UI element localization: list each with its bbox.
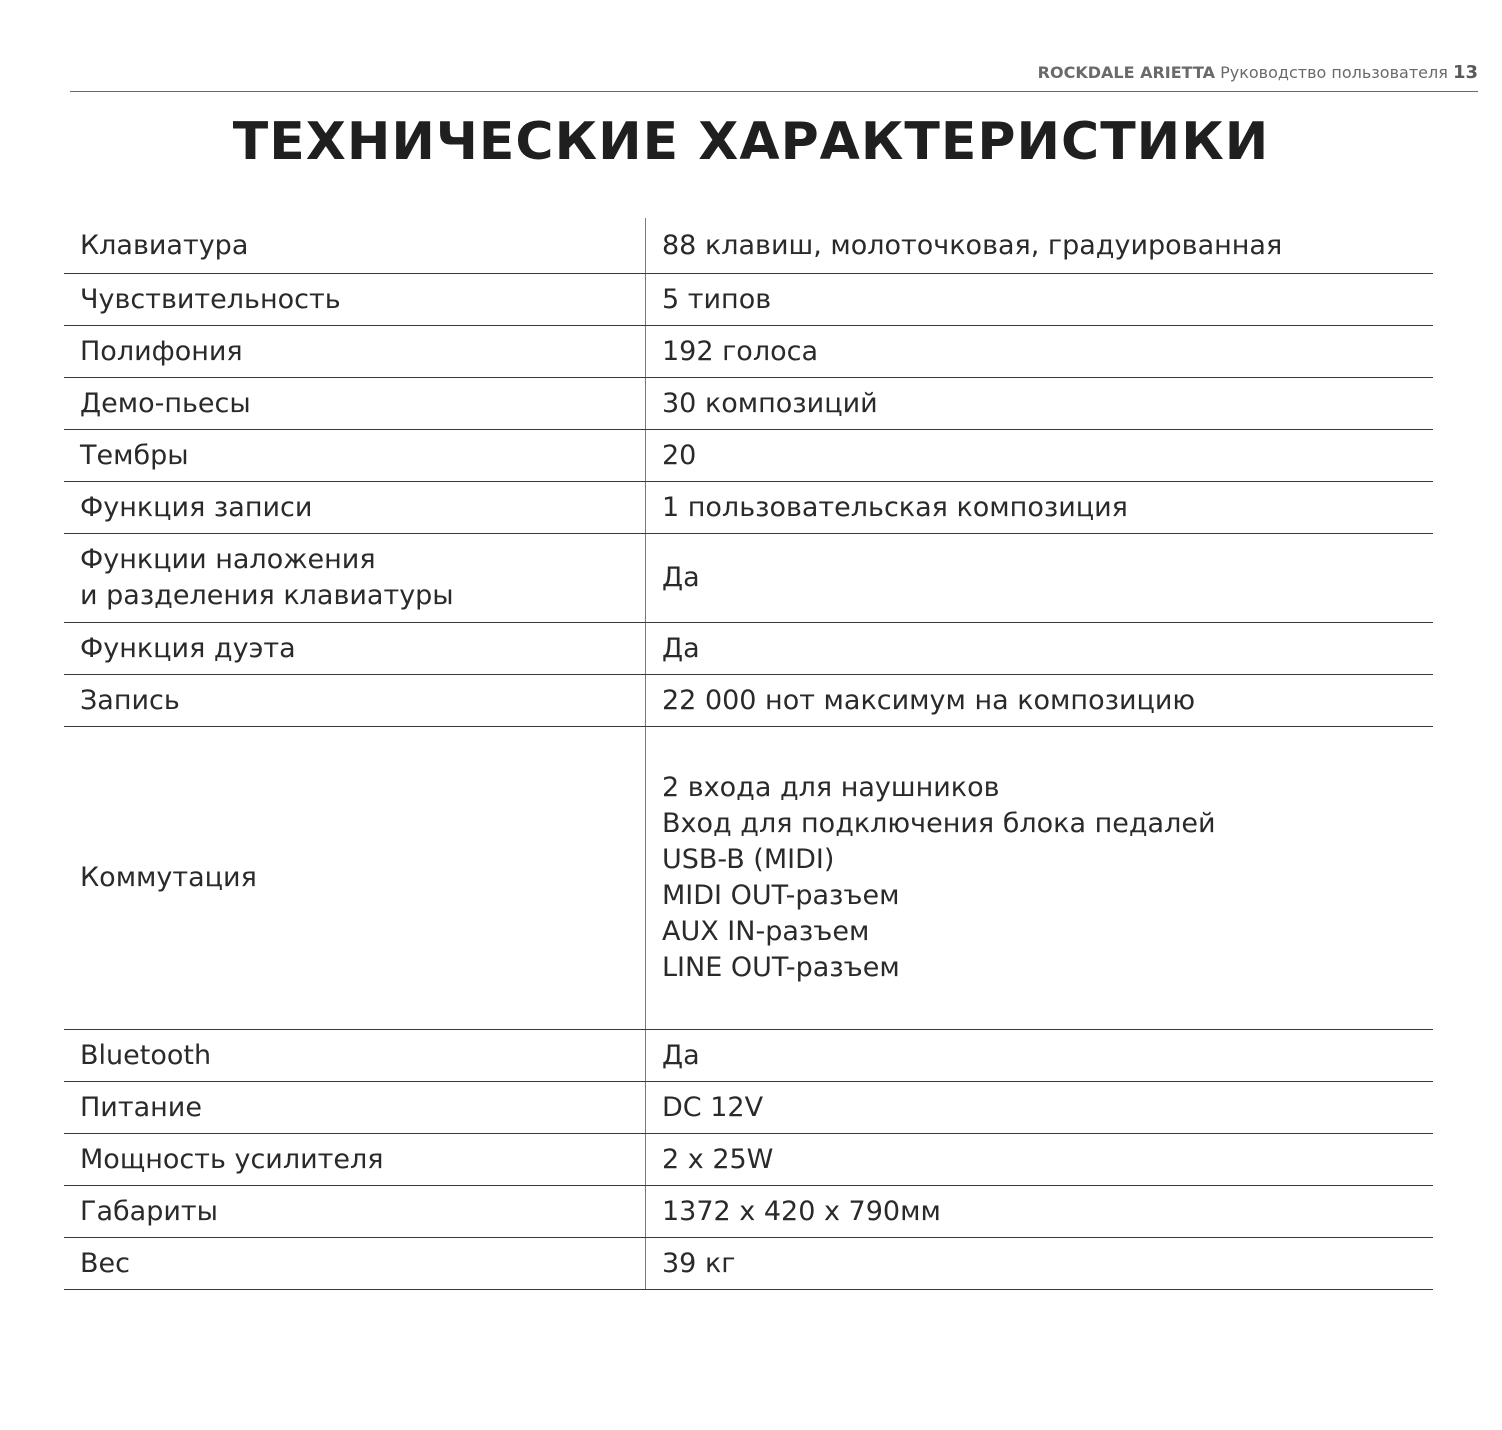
page-title: ТЕХНИЧЕСКИЕ ХАРАКТЕРИСТИКИ <box>0 112 1502 172</box>
manual-subtitle: Руководство пользователя <box>1220 63 1448 82</box>
spec-label: Демо-пьесы <box>64 378 646 430</box>
brand-name: ROCKDALE ARIETTA <box>1038 63 1215 82</box>
spec-value: 5 типов <box>646 274 1434 326</box>
spec-value: 20 <box>646 430 1434 482</box>
spec-value: 1372 x 420 x 790мм <box>646 1186 1434 1238</box>
spec-value: 30 композиций <box>646 378 1434 430</box>
spec-label: Вес <box>64 1238 646 1290</box>
spec-row: Функции наложенияи разделения клавиатуры… <box>64 534 1433 623</box>
spec-row: Вес39 кг <box>64 1238 1433 1290</box>
running-header: ROCKDALE ARIETTA Руководство пользовател… <box>70 62 1478 92</box>
spec-row: Тембры20 <box>64 430 1433 482</box>
spec-value: 2 входа для наушниковВход для подключени… <box>646 727 1434 1030</box>
spec-label: Габариты <box>64 1186 646 1238</box>
spec-table: Клавиатура88 клавиш, молоточковая, граду… <box>64 218 1433 1290</box>
spec-label: Тембры <box>64 430 646 482</box>
spec-value: 1 пользовательская композиция <box>646 482 1434 534</box>
spec-row: Клавиатура88 клавиш, молоточковая, граду… <box>64 218 1433 274</box>
spec-value: Да <box>646 623 1434 675</box>
spec-row: Демо-пьесы30 композиций <box>64 378 1433 430</box>
spec-row: Мощность усилителя2 x 25W <box>64 1134 1433 1186</box>
spec-value: 2 x 25W <box>646 1134 1434 1186</box>
page-number: 13 <box>1453 62 1478 83</box>
spec-value: 192 голоса <box>646 326 1434 378</box>
spec-value: 88 клавиш, молоточковая, градуированная <box>646 218 1434 274</box>
spec-label: Bluetooth <box>64 1030 646 1082</box>
spec-row: ПитаниеDC 12V <box>64 1082 1433 1134</box>
spec-label: Мощность усилителя <box>64 1134 646 1186</box>
spec-row: Запись22 000 нот максимум на композицию <box>64 675 1433 727</box>
spec-row: Коммутация2 входа для наушниковВход для … <box>64 727 1433 1030</box>
spec-label: Клавиатура <box>64 218 646 274</box>
spec-label: Питание <box>64 1082 646 1134</box>
spec-label: Функция записи <box>64 482 646 534</box>
spec-value: 22 000 нот максимум на композицию <box>646 675 1434 727</box>
spec-row: Полифония192 голоса <box>64 326 1433 378</box>
spec-value: 39 кг <box>646 1238 1434 1290</box>
spec-row: Функция записи1 пользовательская компози… <box>64 482 1433 534</box>
spec-value: DC 12V <box>646 1082 1434 1134</box>
spec-label: Полифония <box>64 326 646 378</box>
spec-label: Функция дуэта <box>64 623 646 675</box>
spec-row: BluetoothДа <box>64 1030 1433 1082</box>
spec-label: Запись <box>64 675 646 727</box>
spec-row: Функция дуэтаДа <box>64 623 1433 675</box>
spec-row: Чувствительность5 типов <box>64 274 1433 326</box>
spec-label: Функции наложенияи разделения клавиатуры <box>64 534 646 623</box>
spec-label: Чувствительность <box>64 274 646 326</box>
spec-row: Габариты1372 x 420 x 790мм <box>64 1186 1433 1238</box>
spec-value: Да <box>646 534 1434 623</box>
spec-label: Коммутация <box>64 727 646 1030</box>
spec-value: Да <box>646 1030 1434 1082</box>
